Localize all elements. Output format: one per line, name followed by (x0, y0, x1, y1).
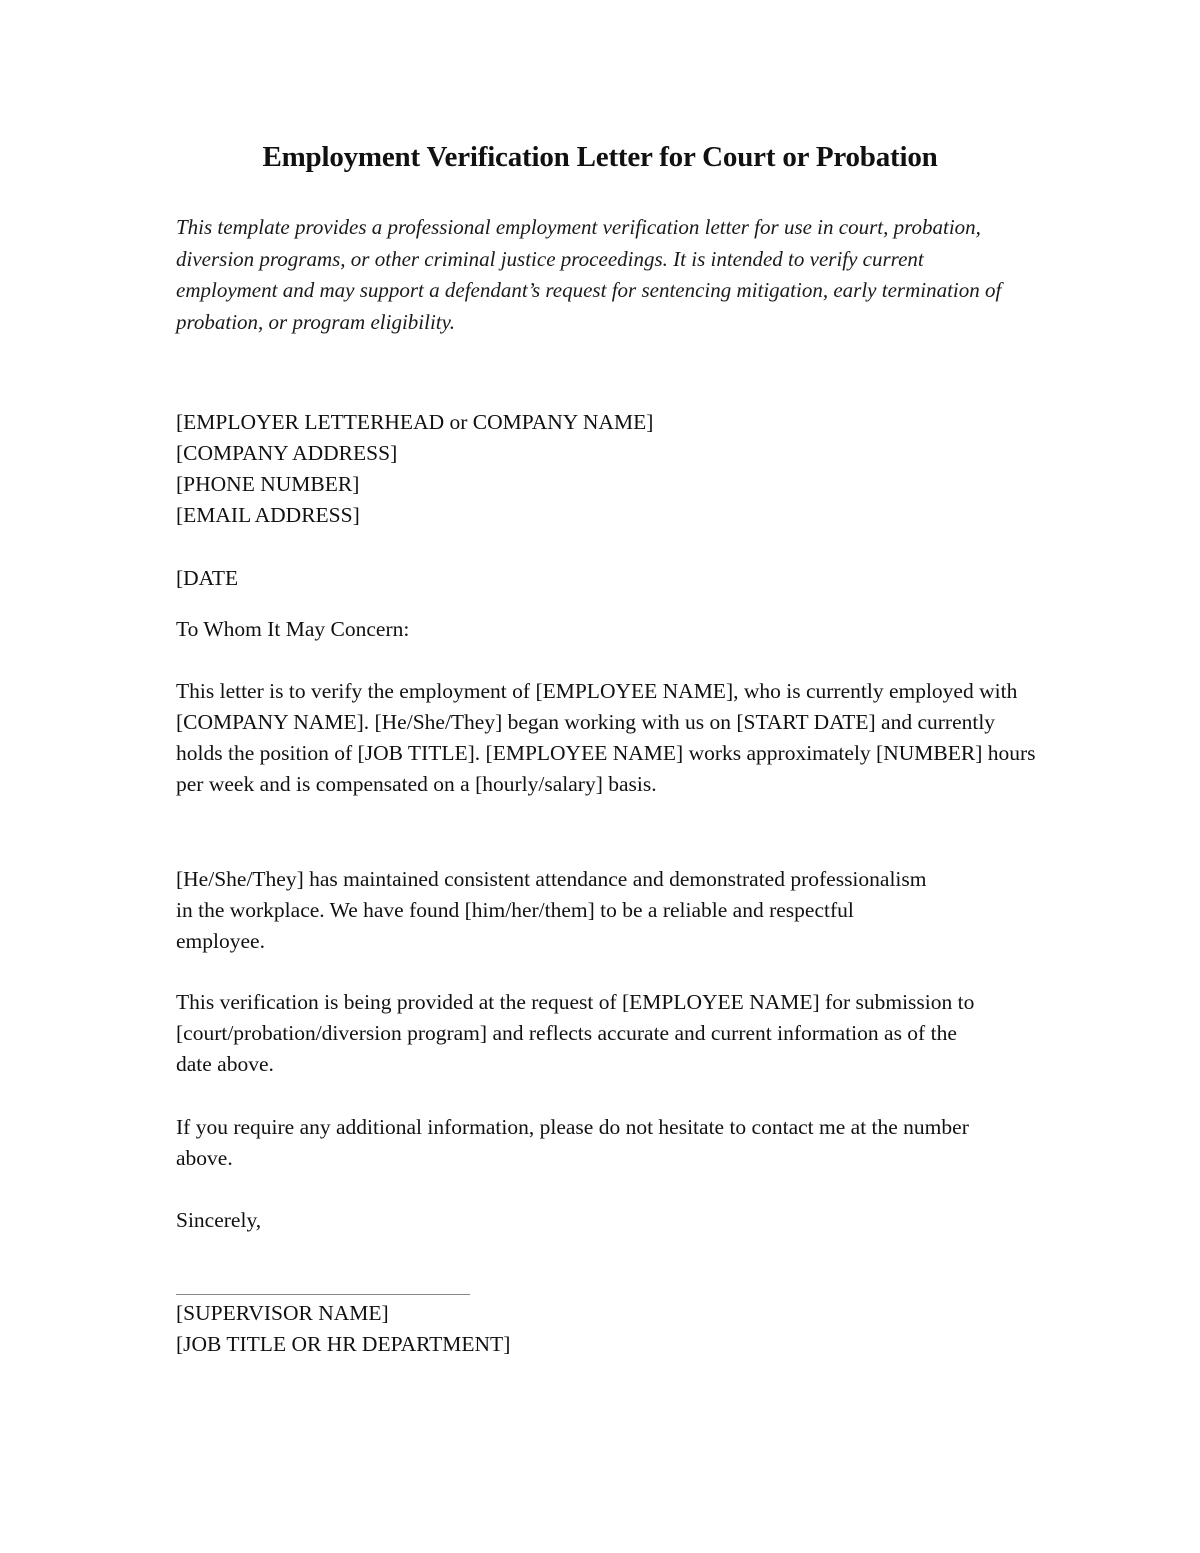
letterhead-phone: [PHONE NUMBER] (176, 469, 1036, 500)
signature-line (176, 1294, 470, 1295)
supervisor-name: [SUPERVISOR NAME] (176, 1298, 1036, 1329)
body-paragraph-employment: This letter is to verify the employment … (176, 676, 1036, 800)
letterhead-address: [COMPANY ADDRESS] (176, 438, 1036, 469)
supervisor-title: [JOB TITLE OR HR DEPARTMENT] (176, 1329, 1036, 1360)
letter-date: [DATE (176, 563, 1036, 594)
body-paragraph-purpose: This verification is being provided at t… (176, 987, 976, 1080)
salutation: To Whom It May Concern: (176, 614, 1036, 645)
letterhead-email: [EMAIL ADDRESS] (176, 500, 1036, 531)
closing: Sincerely, (176, 1205, 1036, 1236)
letterhead-company-name: [EMPLOYER LETTERHEAD or COMPANY NAME] (176, 407, 1036, 438)
signature-block: [SUPERVISOR NAME] [JOB TITLE OR HR DEPAR… (176, 1298, 1036, 1360)
document-title: Employment Verification Letter for Court… (0, 141, 1200, 174)
letterhead-block: [EMPLOYER LETTERHEAD or COMPANY NAME] [C… (176, 407, 1036, 531)
document-page: Employment Verification Letter for Court… (0, 0, 1200, 1553)
intro-paragraph: This template provides a professional em… (176, 212, 1016, 338)
body-paragraph-conduct: [He/She/They] has maintained consistent … (176, 864, 936, 957)
body-paragraph-contact: If you require any additional informatio… (176, 1112, 996, 1174)
